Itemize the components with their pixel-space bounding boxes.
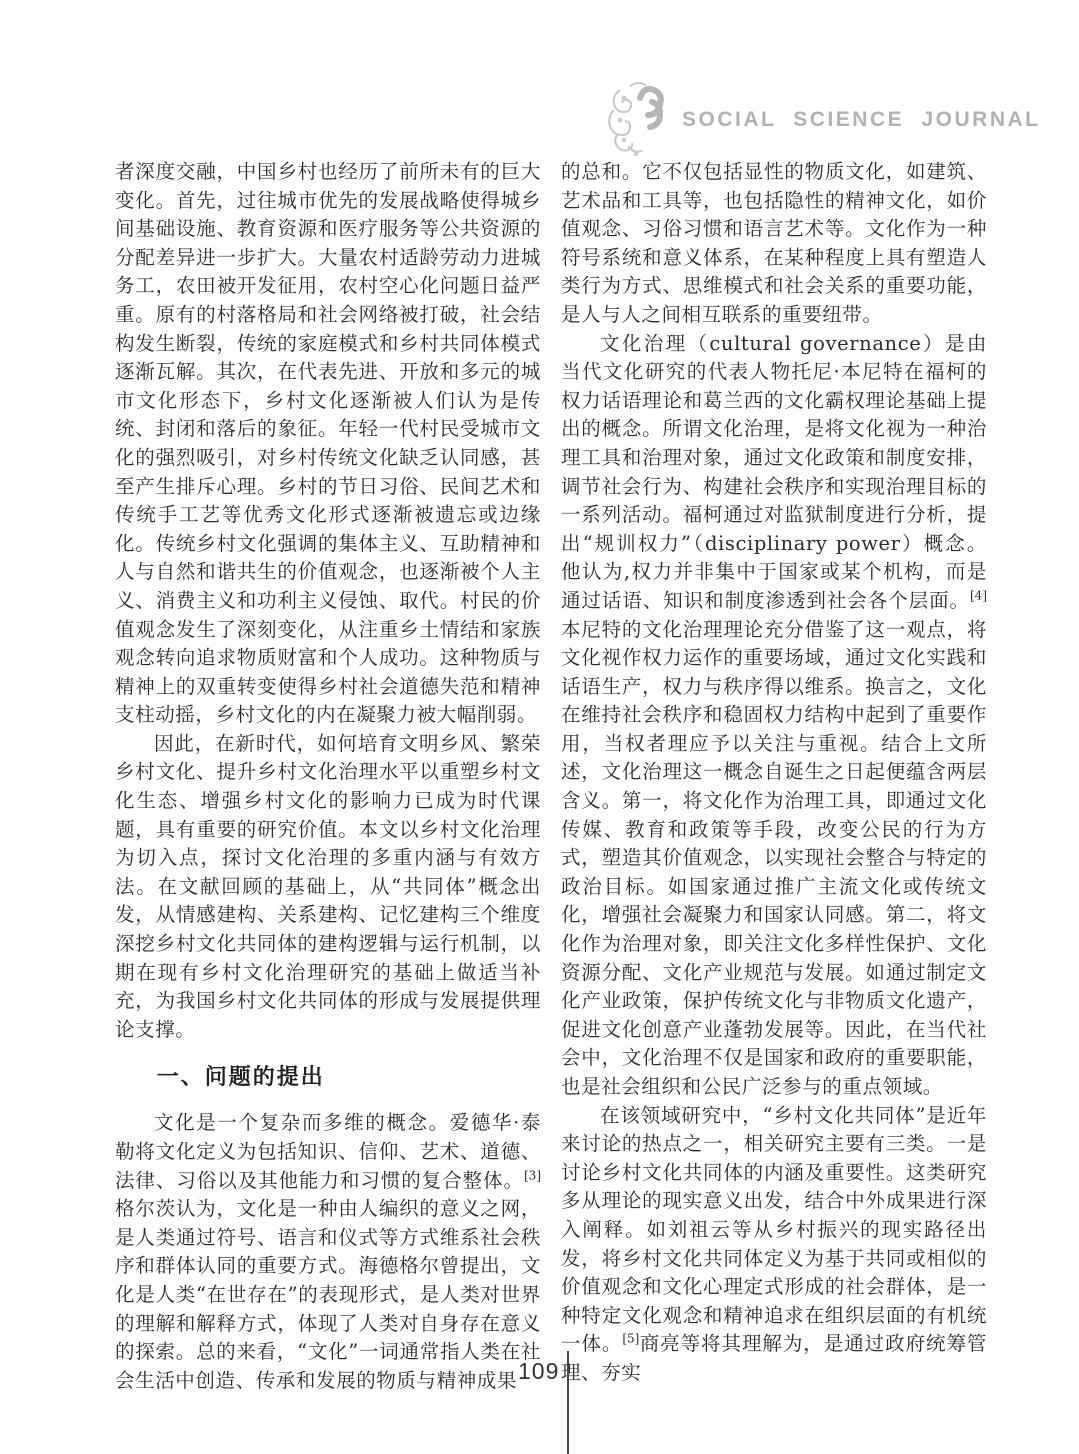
- text-run: 本尼特的文化治理理论充分借鉴了这一观点，将文化视作权力运作的重要场域，通过文化实…: [561, 618, 987, 1099]
- paragraph: 者深度交融，中国乡村也经历了前所未有的巨大变化。首先，过往城市优先的发展战略使得…: [115, 158, 541, 730]
- right-column: 的总和。它不仅包括显性的物质文化，如建筑、艺术品和工具等，也包括隐性的精神文化，…: [561, 158, 987, 1395]
- page-number: 109: [518, 1358, 559, 1385]
- text-run: 的总和。它不仅包括显性的物质文化，如建筑、艺术品和工具等，也包括隐性的精神文化，…: [561, 160, 987, 326]
- text-run: 者深度交融，中国乡村也经历了前所未有的巨大变化。首先，过往城市优先的发展战略使得…: [115, 160, 541, 726]
- paragraph: 因此，在新时代，如何培育文明乡风、繁荣乡村文化、提升乡村文化治理水平以重塑乡村文…: [115, 730, 541, 1045]
- left-column: 者深度交融，中国乡村也经历了前所未有的巨大变化。首先，过往城市优先的发展战略使得…: [115, 158, 541, 1395]
- phoenix-emblem-icon: [600, 76, 672, 164]
- footnote-ref: [5]: [622, 1332, 639, 1346]
- paragraph: 文化是一个复杂而多维的概念。爱德华·泰勒将文化定义为包括知识、信仰、艺术、道德、…: [115, 1109, 541, 1395]
- paragraph: 文化治理（cultural governance）是由当代文化研究的代表人物托尼…: [561, 330, 987, 1102]
- text-run: 文化是一个复杂而多维的概念。爱德华·泰勒将文化定义为包括知识、信仰、艺术、道德、…: [115, 1111, 541, 1191]
- text-run: 格尔茨认为，文化是一种由人编织的意义之网，是人类通过符号、语言和仪式等方式维系社…: [115, 1197, 541, 1392]
- paragraph: 的总和。它不仅包括显性的物质文化，如建筑、艺术品和工具等，也包括隐性的精神文化，…: [561, 158, 987, 330]
- text-run: 在该领域研究中，“乡村文化共同体”是近年来讨论的热点之一，相关研究主要有三类。一…: [561, 1104, 987, 1356]
- paragraph: 在该领域研究中，“乡村文化共同体”是近年来讨论的热点之一，相关研究主要有三类。一…: [561, 1102, 987, 1388]
- section-heading: 一、问题的提出: [115, 1060, 541, 1091]
- footer-divider: [567, 1351, 569, 1454]
- text-run: 因此，在新时代，如何培育文明乡风、繁荣乡村文化、提升乡村文化治理水平以重塑乡村文…: [115, 732, 541, 1041]
- journal-title: SOCIAL SCIENCE JOURNAL: [682, 108, 1040, 132]
- article-body: 者深度交融，中国乡村也经历了前所未有的巨大变化。首先，过往城市优先的发展战略使得…: [115, 158, 987, 1395]
- footnote-ref: [3]: [524, 1168, 541, 1182]
- journal-page: SOCIAL SCIENCE JOURNAL 者深度交融，中国乡村也经历了前所未…: [0, 0, 1079, 1454]
- text-run: 文化治理（cultural governance）是由当代文化研究的代表人物托尼…: [561, 332, 987, 612]
- footnote-ref: [4]: [970, 588, 987, 602]
- page-header: SOCIAL SCIENCE JOURNAL: [600, 75, 1040, 165]
